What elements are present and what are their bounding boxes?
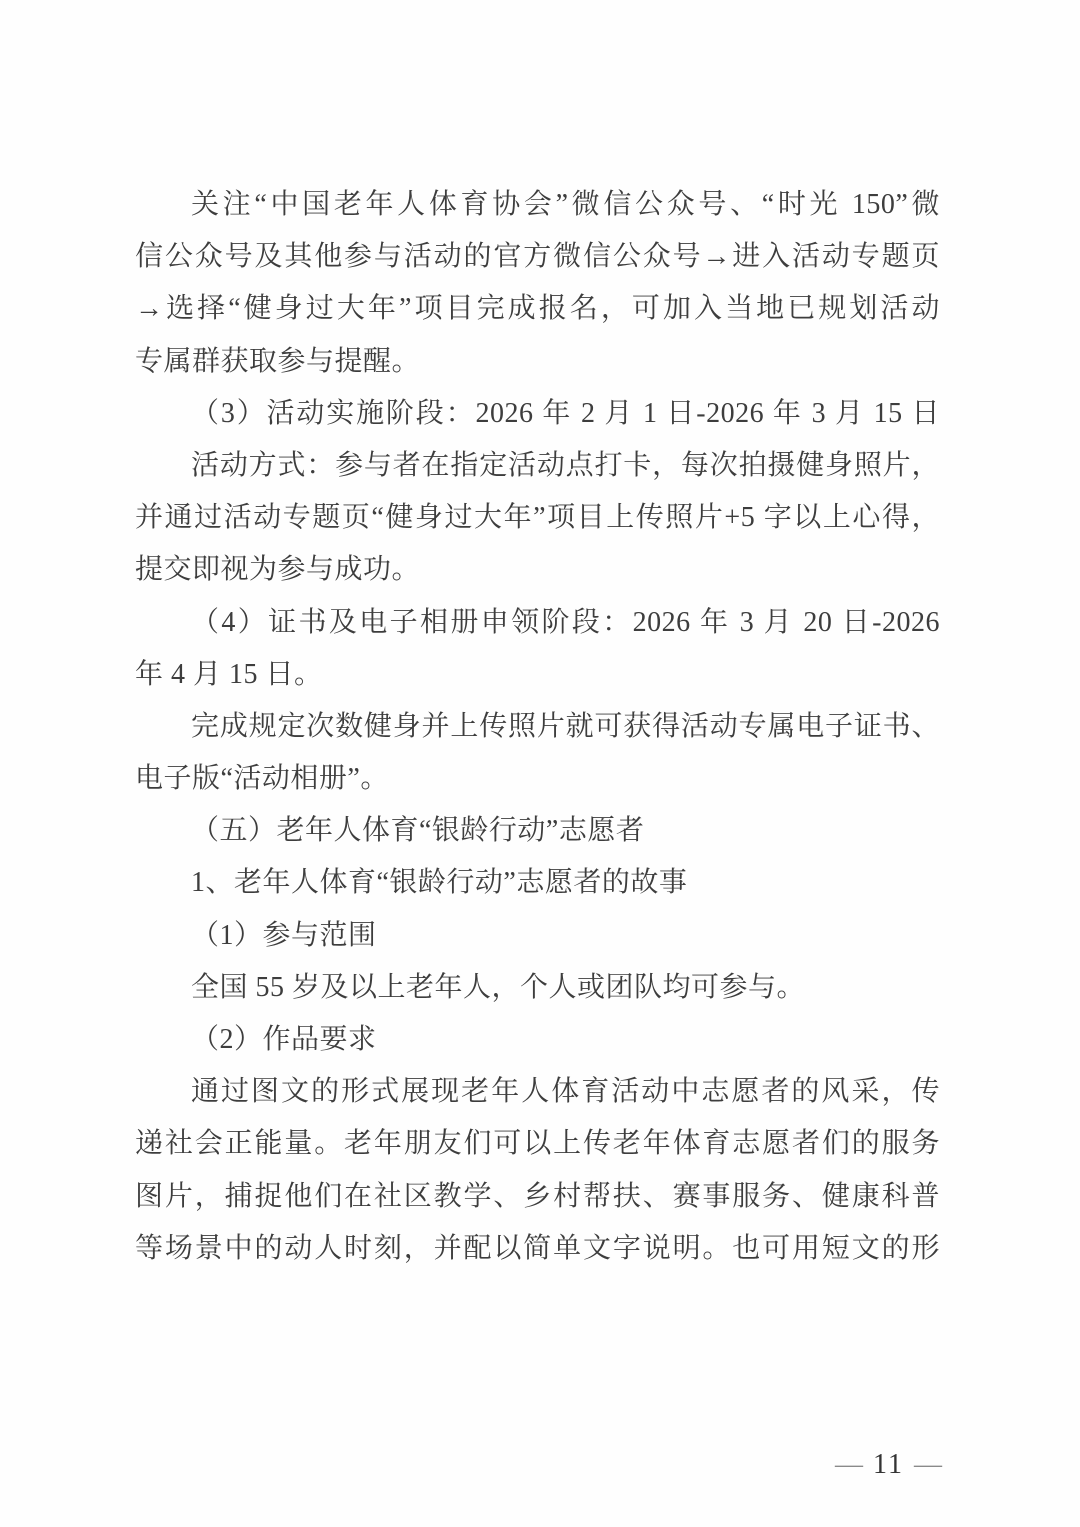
text-line: （4）证书及电子相册申领阶段：2026 年 3 月 20 日-2026 <box>135 597 940 649</box>
text-line: 电子版“活动相册”。 <box>135 753 940 805</box>
document-page: 关注“中国老年人体育协会”微信公众号、“时光 150”微 信公众号及其他参与活动… <box>0 0 1080 1527</box>
text-line: 关注“中国老年人体育协会”微信公众号、“时光 150”微 <box>135 179 940 231</box>
text-line: 并通过活动专题页“健身过大年”项目上传照片+5 字以上心得， <box>135 492 940 544</box>
text-line: 等场景中的动人时刻，并配以简单文字说明。也可用短文的形 <box>135 1223 940 1275</box>
page-number-dash-left: — <box>825 1449 873 1480</box>
text-line: 活动方式：参与者在指定活动点打卡，每次拍摄健身照片， <box>135 440 940 492</box>
text-line-item-heading: （1）参与范围 <box>135 910 940 962</box>
text-line-section-heading: （五）老年人体育“银龄行动”志愿者 <box>135 805 940 857</box>
text-line: 专属群获取参与提醒。 <box>135 336 940 388</box>
text-line: 通过图文的形式展现老年人体育活动中志愿者的风采，传 <box>135 1066 940 1118</box>
text-line: →选择“健身过大年”项目完成报名，可加入当地已规划活动 <box>135 283 940 335</box>
text-line: （3）活动实施阶段：2026 年 2 月 1 日-2026 年 3 月 15 日 <box>135 388 940 440</box>
page-number-value: 11 <box>873 1449 904 1480</box>
text-line: 提交即视为参与成功。 <box>135 544 940 596</box>
body-text: 关注“中国老年人体育协会”微信公众号、“时光 150”微 信公众号及其他参与活动… <box>135 179 940 1275</box>
page-number: —11— <box>783 1405 952 1525</box>
text-line-subsection-heading: 1、老年人体育“银龄行动”志愿者的故事 <box>135 857 940 909</box>
text-line: 信公众号及其他参与活动的官方微信公众号→进入活动专题页 <box>135 231 940 283</box>
text-line: 图片，捕捉他们在社区教学、乡村帮扶、赛事服务、健康科普 <box>135 1171 940 1223</box>
text-line-item-heading: （2）作品要求 <box>135 1014 940 1066</box>
page-number-dash-right: — <box>904 1449 952 1480</box>
text-line: 递社会正能量。老年朋友们可以上传老年体育志愿者们的服务 <box>135 1118 940 1170</box>
text-line: 年 4 月 15 日。 <box>135 649 940 701</box>
page-footer: —11— <box>0 1405 1080 1445</box>
text-line: 全国 55 岁及以上老年人，个人或团队均可参与。 <box>135 962 940 1014</box>
text-line: 完成规定次数健身并上传照片就可获得活动专属电子证书、 <box>135 701 940 753</box>
